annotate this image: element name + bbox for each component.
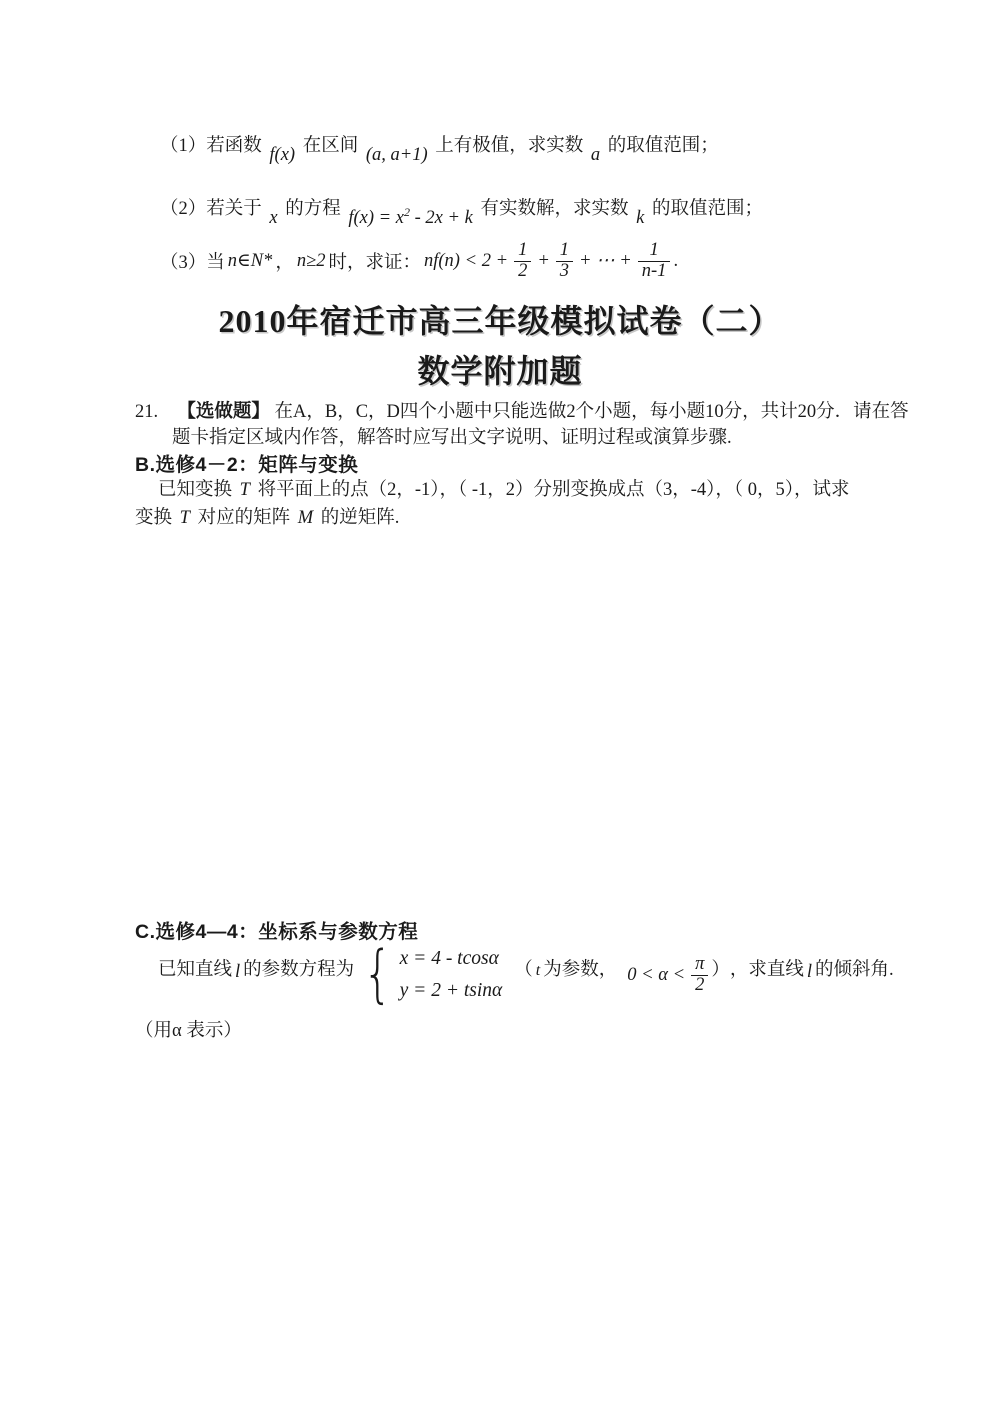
section-b-text1: 已知变换 — [158, 480, 232, 500]
fraction-one-over-n-minus-1: 1n-1 — [638, 241, 671, 281]
section-b-text5: 的逆矩阵. — [321, 508, 400, 528]
part3-period: . — [673, 251, 678, 272]
q21-optional-tag: 【选做题】 — [177, 400, 270, 421]
section-b-text2: 将平面上的点（2，-1），（ -1，2）分别变换成点（3，-4），（ 0，5），… — [258, 480, 850, 500]
section-c-paren-close: ） — [711, 955, 730, 981]
section-b-line1: 已知变换 T 将平面上的点（2，-1），（ -1，2）分别变换成点（3，-4），… — [158, 477, 850, 503]
question-part2: （2）若关于 x 的方程 f(x) = x2 - 2x + k 有实数解，求实数… — [160, 190, 763, 222]
part3-plus1: + — [537, 251, 549, 272]
q21-instruction-line2: 题卡指定区域内作答，解答时应写出文字说明、证明过程或演算步骤. — [172, 425, 732, 451]
section-c-intro2: 的参数方程为 — [243, 955, 354, 981]
section-b-math-T2: T — [180, 508, 190, 528]
exam-title: 2010年宿迁市高三年级模拟试卷（二） — [0, 296, 1000, 342]
note-text: （用α 表示） — [135, 1021, 242, 1041]
section-c-problem-line: 已知直线 l 的参数方程为 { x = 4 - tcosα y = 2 + ts… — [158, 942, 894, 1006]
part2-math-x: x — [269, 208, 277, 228]
question-part1: （1）若函数 f(x) 在区间 (a, a+1) 上有极值，求实数 a 的取值范… — [160, 133, 719, 159]
part1-math-interval: (a, a+1) — [366, 145, 428, 165]
inequality-text: 0 < α < — [627, 965, 685, 986]
section-c-math-t: t — [536, 962, 540, 980]
left-brace: { — [363, 942, 393, 1006]
section-b-header: B.选修4－2：矩阵与变换 — [135, 449, 358, 477]
part2-math-k: k — [636, 208, 644, 228]
section-b-text4: 对应的矩阵 — [198, 508, 291, 528]
part1-math-fx: f(x) — [269, 145, 295, 165]
equation-x: x = 4 - tcosα — [400, 945, 503, 972]
part3-math-n-in-N: n∈N* — [228, 250, 273, 272]
fraction-pi-over-2: π2 — [691, 955, 708, 995]
part1-math-a: a — [591, 145, 600, 165]
section-b-math-M: M — [298, 508, 313, 528]
part1-text2: 上有极值，求实数 — [435, 136, 583, 156]
part3-comma: ， — [275, 248, 294, 274]
part1-text1: 在区间 — [303, 136, 359, 156]
section-c-math-l: l — [235, 962, 240, 983]
part3-label: （3）当 — [160, 248, 225, 274]
part1-text3: 的取值范围； — [608, 136, 719, 156]
part3-text1: 时，求证： — [328, 248, 421, 274]
part3-math-n-ge-2: n≥2 — [297, 251, 326, 272]
part2-label: （2）若关于 — [160, 199, 262, 219]
alpha-inequality: 0 < α < π2 — [617, 949, 711, 1001]
section-b-text3: 变换 — [135, 508, 172, 528]
section-c-text2: ，求直线 — [730, 955, 804, 981]
q21-instruction-line1: 21. 【选做题】 在A，B，C，D四个小题中只能选做2个小题，每小题10分，共… — [135, 398, 909, 425]
part3-plus-dots: + ⋯ + — [579, 250, 632, 272]
section-c-paren-open: （ — [514, 955, 533, 981]
section-c-text3: 的倾斜角. — [815, 955, 894, 981]
section-b-line2: 变换 T 对应的矩阵 M 的逆矩阵. — [135, 505, 399, 531]
part3-math-nfn: nf(n) < 2 + — [424, 251, 508, 272]
part2-text2: 有实数解，求实数 — [480, 199, 628, 219]
equation-y: y = 2 + tsinα — [400, 977, 503, 1004]
q21-number: 21. — [135, 402, 158, 422]
part2-text3: 的取值范围； — [652, 199, 763, 219]
parametric-equation-system: { x = 4 - tcosα y = 2 + tsinα — [358, 942, 502, 1006]
section-b-math-T: T — [240, 480, 250, 500]
fraction-one-half: 12 — [514, 241, 531, 281]
exam-scan-page: { "document": { "top_questions": { "part… — [0, 0, 1000, 1415]
part2-math-equation: f(x) = x2 - 2x + k — [348, 208, 472, 228]
section-c-note: （用α 表示） — [135, 1018, 242, 1044]
section-c-param-text: 为参数， — [543, 955, 617, 981]
question-part3: （3）当 n∈N* ， n≥2 时，求证： nf(n) < 2 + 12 + 1… — [160, 235, 678, 287]
exam-subtitle: 数学附加题 — [0, 346, 1000, 392]
section-c-intro: 已知直线 — [158, 955, 232, 981]
q21-text2: 题卡指定区域内作答，解答时应写出文字说明、证明过程或演算步骤. — [172, 428, 732, 448]
part1-label: （1）若函数 — [160, 136, 262, 156]
fraction-one-third: 13 — [556, 241, 573, 281]
part2-text1: 的方程 — [285, 199, 341, 219]
section-c-math-l2: l — [807, 962, 812, 983]
q21-text1: 在A，B，C，D四个小题中只能选做2个小题，每小题10分，共计20分．请在答 — [275, 402, 909, 422]
